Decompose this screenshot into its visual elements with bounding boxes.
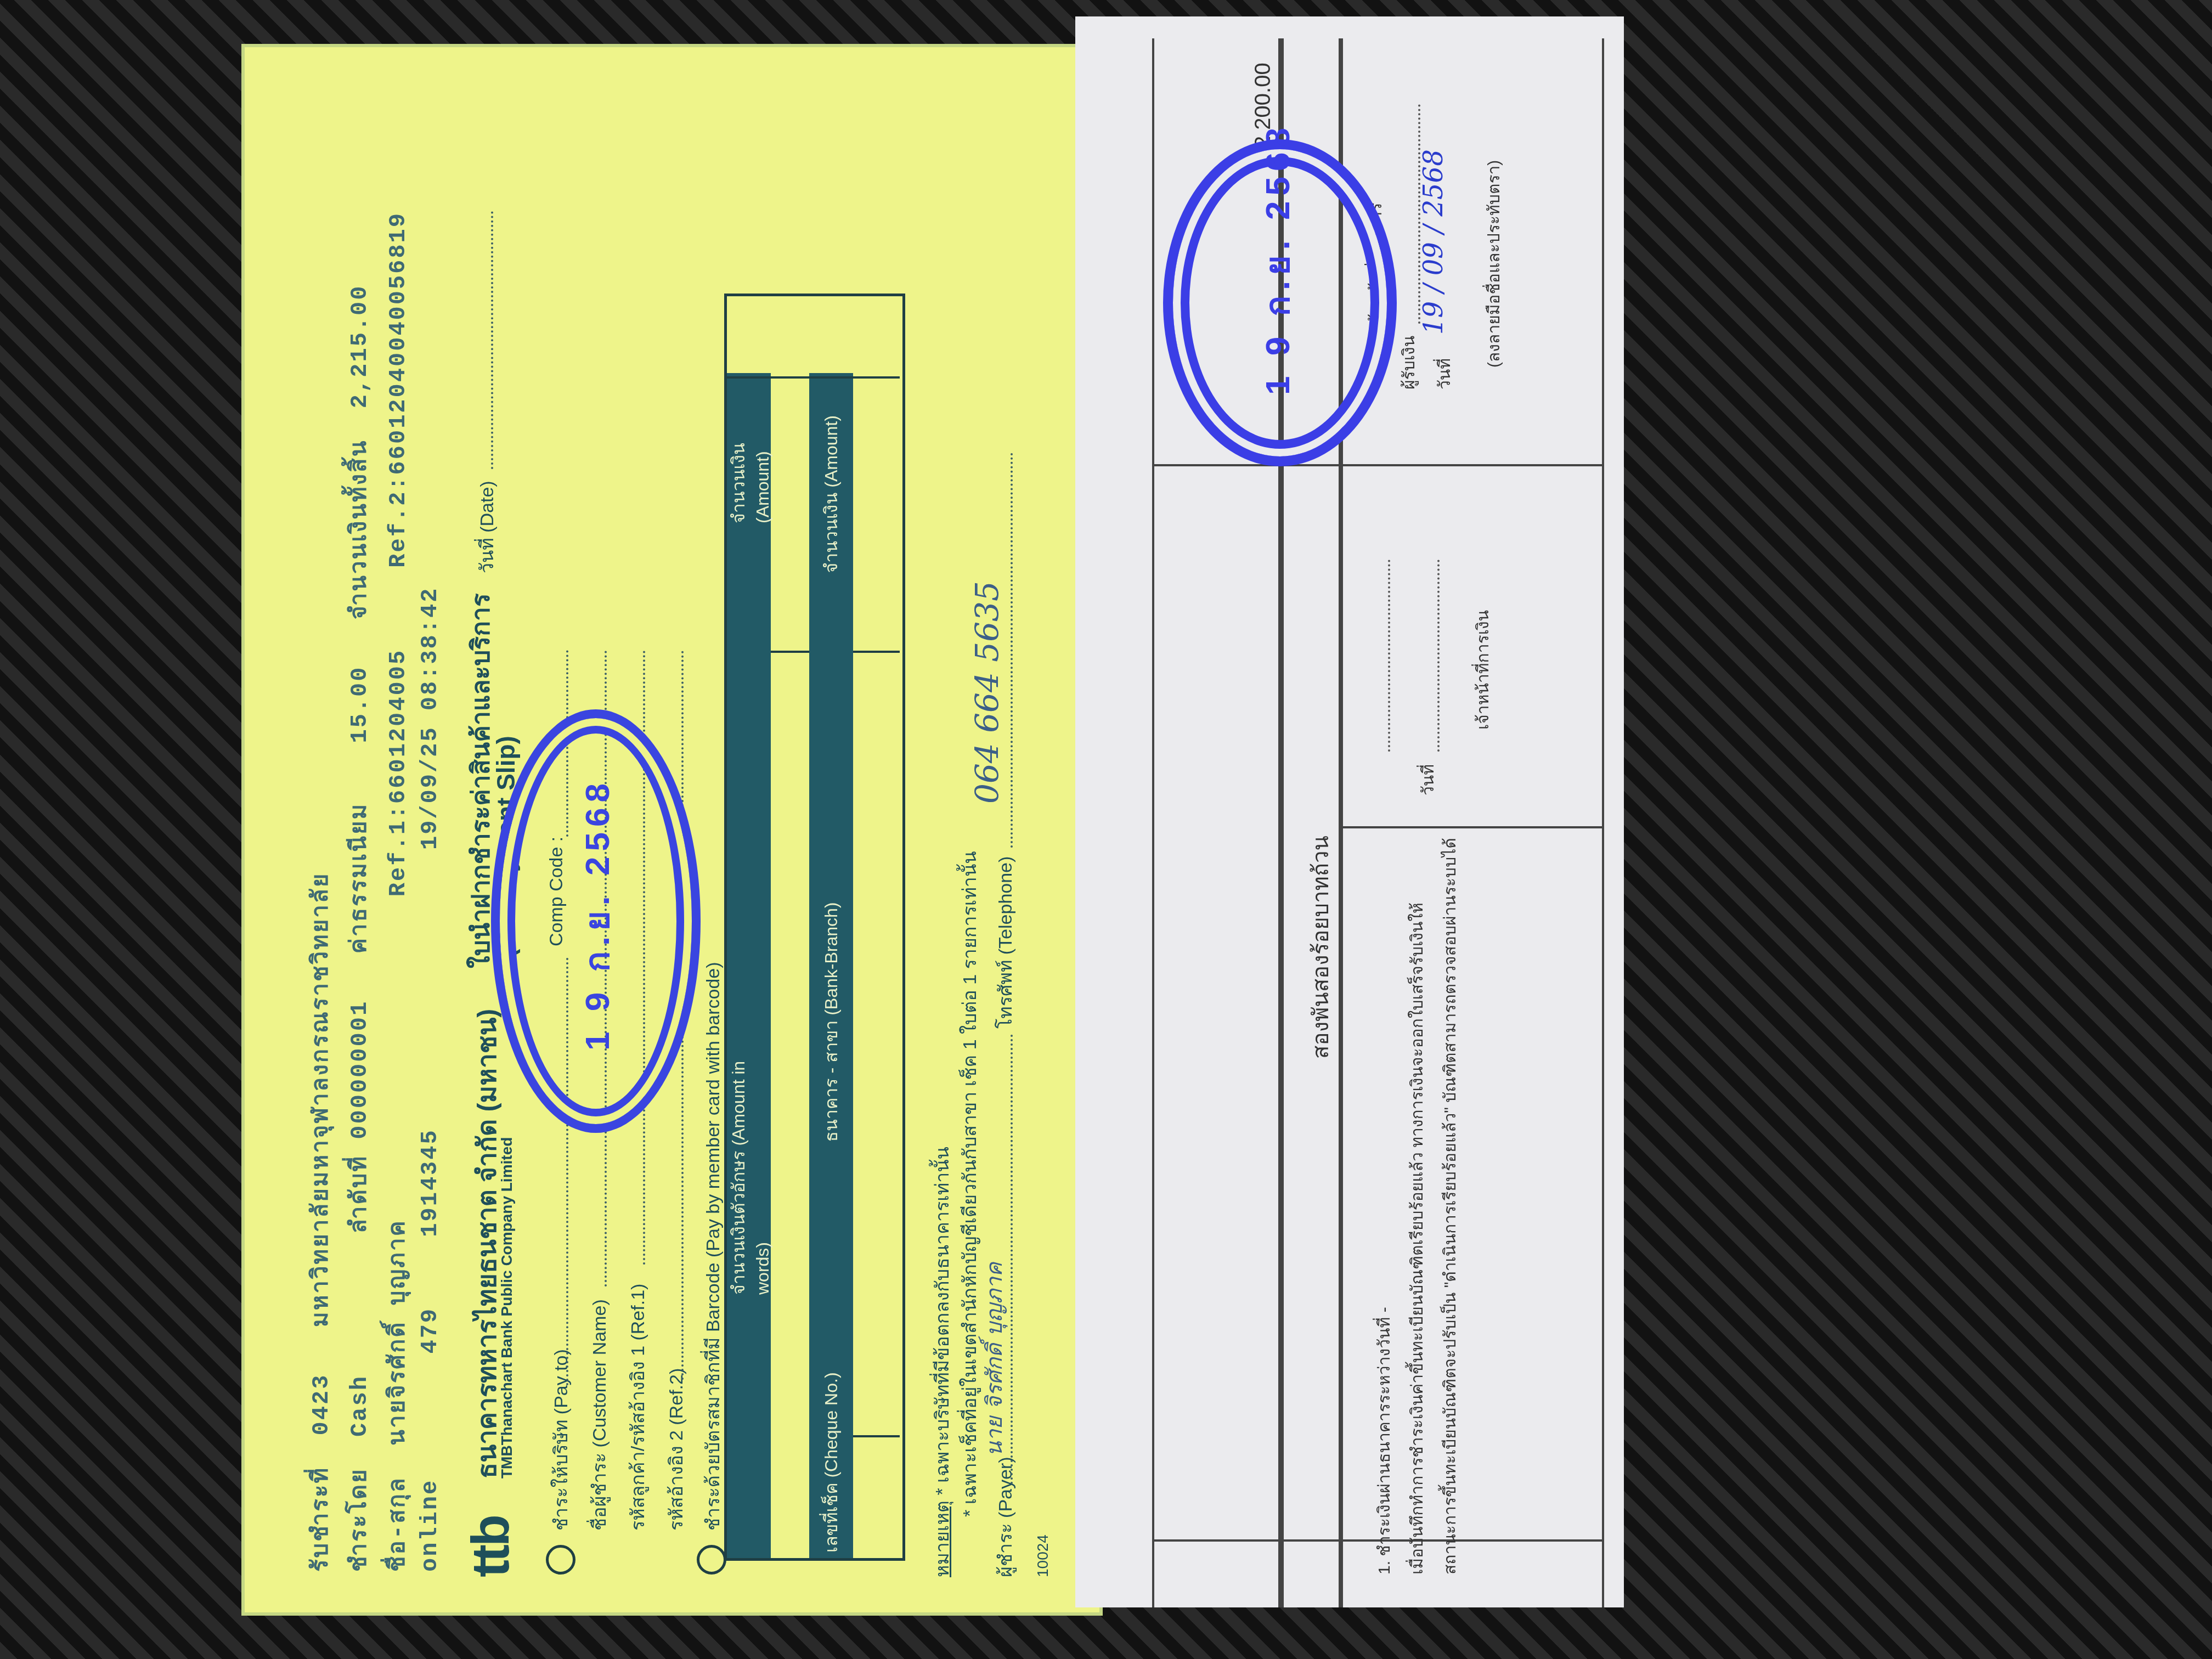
amount-in-words: สองพันสองร้อยบาทถ้วน [1303,836,1338,1059]
note-line-3: สถานะการขึ้นทะเบียนบัณฑิตจะปรับเป็น "ดำเ… [1437,838,1463,1575]
receipt-slip-content: 2,200.00 สองพันสองร้อยบาทถ้วน 1. ชำระเงิ… [1075,16,1624,1607]
divider [1152,38,1154,1607]
cheque-input-row[interactable] [853,296,900,1558]
cell-divider [727,376,900,379]
stamp-date: 1 9 ก.ย. 2568 [571,778,624,1051]
pay-to-radio[interactable] [546,1545,575,1575]
form-number: 10024 [1034,1534,1052,1577]
receipt-line-2: ชำระโดย Cash ลำดับที่ 000000001 ค่าธรรมเ… [340,285,376,1572]
ref1-label: รหัสลูกค้า/รหัสอ้างอิง 1 (Ref.1) [623,1284,652,1531]
receipt-line-1: รับชำระที่ 0423 มหาวิทยาลัยมหาจุฬาลงกรณร… [302,872,338,1572]
date-label: วันที่ [1432,358,1458,390]
customer-name-label: ชื่อผู้ชำระ (Customer Name) [584,1299,614,1531]
ref2-label: รหัสอ้างอิง 2 (Ref.2) [661,1368,691,1531]
notes: หมายเหตุ * เฉพาะบริษัทที่มีข้อตกลงกับธนา… [927,1147,957,1577]
payment-table: จำนวนเงินตัวอักษร (Amount in words) จำนว… [724,294,905,1561]
receipt-slip: 2,200.00 สองพันสองร้อยบาทถ้วน 1. ชำระเงิ… [1075,16,1624,1607]
date-field[interactable] [491,211,493,469]
phone-label: โทรศัพท์ (Telephone) [990,856,1020,1029]
barcode-label: ชำระด้วยบัตรสมาชิกที่มี Barcode (Pay by … [698,962,727,1531]
receipt-line-3: ชื่อ-สกุล นายจิรศักดิ์ บุญภาค Ref.1:6601… [379,212,415,1572]
cheque-header: เลขที่เช็ค (Cheque No.) ธนาคาร - สาขา (B… [809,373,853,1558]
divider [1339,826,1602,828]
date-label: วันที่ (Date) [472,481,501,573]
sign-note: (ลงลายมือชื่อและประทับตรา) [1481,160,1507,368]
bill-payment-slip-content: รับชำระที่ 0423 มหาวิทยาลัยมหาจุฬาลงกรณร… [241,44,1103,1616]
note-line-1: 1. ชำระเงินผ่านธนาคารระหว่างวันที่ - [1372,1307,1397,1575]
receipt-line-4: online 479 1914345 19/09/25 08:38:42 [417,587,443,1572]
phone-value: 064 664 5635 [968,581,1006,804]
cell-divider [771,651,809,653]
amount-words-input[interactable] [771,296,809,1558]
payer-label: ผู้ชำระ (Payer) [990,1457,1020,1577]
amount-words-header: จำนวนเงินตัวอักษร (Amount in words) จำนว… [727,373,771,1558]
ttb-logo: ttb [461,1516,521,1577]
finance-date-label: วันที่ [1415,764,1441,795]
received-by-label: ผู้รับเงิน [1396,336,1422,390]
receipt-stamp-date: 1 9 ก.ย. 2568 [1251,122,1305,395]
finance-officer-label: เจ้าหน้าที่การเงิน [1470,610,1496,730]
cell-divider [853,651,900,653]
bank-name-en: TMBThanachart Bank Public Company Limite… [498,1137,516,1479]
cell-divider [853,1435,900,1437]
phone-field[interactable] [1011,453,1013,848]
pay-to-label: ชำระให้บริษัท (Pay to) [546,1349,575,1531]
finance-sign-field[interactable] [1388,560,1390,752]
divider [1602,38,1604,1607]
divider [1152,464,1602,466]
payer-signature: นาย จิรศักดิ์ บุญภาค [977,1262,1012,1457]
finance-date-field[interactable] [1437,560,1440,752]
barcode-radio[interactable] [697,1545,726,1575]
bill-payment-slip: รับชำระที่ 0423 มหาวิทยาลัยมหาจุฬาลงกรณร… [241,44,1103,1616]
note-line-2: เมื่อบันทึกทำการชำระเงินค่าขึ้นทะเบียนบั… [1404,902,1430,1575]
date-value: 19 / 09 / 2568 [1418,149,1449,335]
